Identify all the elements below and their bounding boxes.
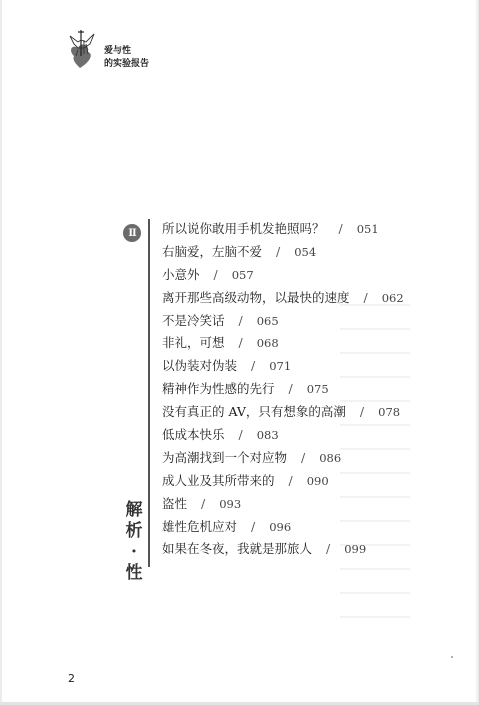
toc-entry-title: 所以说你敢用手机发艳照吗？ bbox=[162, 221, 325, 236]
toc-entry[interactable]: 以伪装对伪装/071 bbox=[162, 356, 404, 379]
toc-page-number: 051 bbox=[357, 222, 379, 236]
toc-entry[interactable]: 如果在冬夜，我就是那旅人/099 bbox=[162, 539, 404, 562]
page-number: 2 bbox=[68, 672, 75, 685]
toc-separator: / bbox=[239, 427, 243, 442]
toc-entry-title: 低成本快乐 bbox=[162, 427, 225, 442]
toc-entry[interactable]: 雄性危机应对/096 bbox=[162, 517, 404, 540]
section-title-char: 析 bbox=[124, 521, 144, 542]
toc-separator: / bbox=[364, 290, 368, 305]
toc-entry[interactable]: 成人业及其所带来的/090 bbox=[162, 471, 404, 494]
page-edge-right bbox=[475, 0, 479, 705]
toc-entry[interactable]: 右脑爱，左脑不爱/054 bbox=[162, 242, 404, 265]
section-title-char: · bbox=[124, 542, 144, 563]
toc-page-number: 068 bbox=[257, 336, 279, 350]
toc-entry-title: 雄性危机应对 bbox=[162, 519, 237, 534]
toc-entry[interactable]: 没有真正的 AV，只有想象的高潮/078 bbox=[162, 402, 404, 425]
toc-entry[interactable]: 不是冷笑话/065 bbox=[162, 311, 404, 334]
toc-entry-title: 如果在冬夜，我就是那旅人 bbox=[162, 541, 312, 556]
toc-separator: / bbox=[339, 221, 343, 236]
toc-entry-title: 离开那些高级动物，以最快的速度 bbox=[162, 290, 350, 305]
toc-entry-title: 不是冷笑话 bbox=[162, 313, 225, 328]
section-title: 解 析 · 性 bbox=[124, 500, 144, 584]
toc-entry-title: 以伪装对伪装 bbox=[162, 358, 237, 373]
book-title-line2: 的实验报告 bbox=[104, 58, 149, 71]
toc-entry[interactable]: 小意外/057 bbox=[162, 265, 404, 288]
toc-page-number: 099 bbox=[344, 542, 366, 556]
toc-page-number: 093 bbox=[219, 497, 241, 511]
toc-page-number: 065 bbox=[257, 314, 279, 328]
toc-entry-title: 非礼，可想 bbox=[162, 335, 225, 350]
section-divider-line bbox=[148, 219, 150, 567]
table-of-contents: 所以说你敢用手机发艳照吗？/051 右脑爱，左脑不爱/054 小意外/057 离… bbox=[162, 219, 404, 562]
toc-entry-title: 成人业及其所带来的 bbox=[162, 473, 275, 488]
toc-separator: / bbox=[301, 450, 305, 465]
toc-page-number: 090 bbox=[307, 474, 329, 488]
toc-entry[interactable]: 精神作为性感的先行/075 bbox=[162, 379, 404, 402]
toc-entry[interactable]: 低成本快乐/083 bbox=[162, 425, 404, 448]
heart-with-figure-icon bbox=[66, 26, 100, 70]
toc-separator: / bbox=[239, 335, 243, 350]
section-title-char: 性 bbox=[124, 563, 144, 584]
toc-separator: / bbox=[239, 313, 243, 328]
toc-page-number: 057 bbox=[232, 268, 254, 282]
toc-separator: / bbox=[276, 244, 280, 259]
toc-entry[interactable]: 为高潮找到一个对应物/086 bbox=[162, 448, 404, 471]
toc-page-number: 071 bbox=[269, 359, 291, 373]
book-title: 爱与性 的实验报告 bbox=[104, 45, 149, 71]
toc-separator: / bbox=[251, 358, 255, 373]
toc-entry-title: 盗性 bbox=[162, 496, 187, 511]
toc-entry-title: 没有真正的 AV，只有想象的高潮 bbox=[162, 404, 346, 419]
toc-separator: / bbox=[289, 381, 293, 396]
toc-page-number: 062 bbox=[382, 291, 404, 305]
toc-entry[interactable]: 所以说你敢用手机发艳照吗？/051 bbox=[162, 219, 404, 242]
toc-separator: / bbox=[289, 473, 293, 488]
toc-separator: / bbox=[360, 404, 364, 419]
toc-entry[interactable]: 非礼，可想/068 bbox=[162, 333, 404, 356]
book-title-line1: 爱与性 bbox=[104, 45, 149, 58]
toc-page-number: 054 bbox=[294, 245, 316, 259]
toc-separator: / bbox=[214, 267, 218, 282]
toc-entry[interactable]: 盗性/093 bbox=[162, 494, 404, 517]
toc-separator: / bbox=[326, 541, 330, 556]
section-number-badge: II bbox=[123, 224, 141, 242]
toc-separator: / bbox=[251, 519, 255, 534]
toc-entry-title: 精神作为性感的先行 bbox=[162, 381, 275, 396]
toc-page-number: 075 bbox=[307, 382, 329, 396]
section-title-char: 解 bbox=[124, 500, 144, 521]
toc-page-number: 086 bbox=[319, 451, 341, 465]
toc-entry[interactable]: 离开那些高级动物，以最快的速度/062 bbox=[162, 288, 404, 311]
paper-speck bbox=[451, 656, 453, 658]
toc-separator: / bbox=[201, 496, 205, 511]
toc-entry-title: 右脑爱，左脑不爱 bbox=[162, 244, 262, 259]
toc-page-number: 083 bbox=[257, 428, 279, 442]
toc-entry-title: 为高潮找到一个对应物 bbox=[162, 450, 287, 465]
page-edge-left bbox=[0, 0, 2, 705]
toc-page-number: 078 bbox=[378, 405, 400, 419]
toc-entry-title: 小意外 bbox=[162, 267, 200, 282]
toc-page-number: 096 bbox=[269, 520, 291, 534]
